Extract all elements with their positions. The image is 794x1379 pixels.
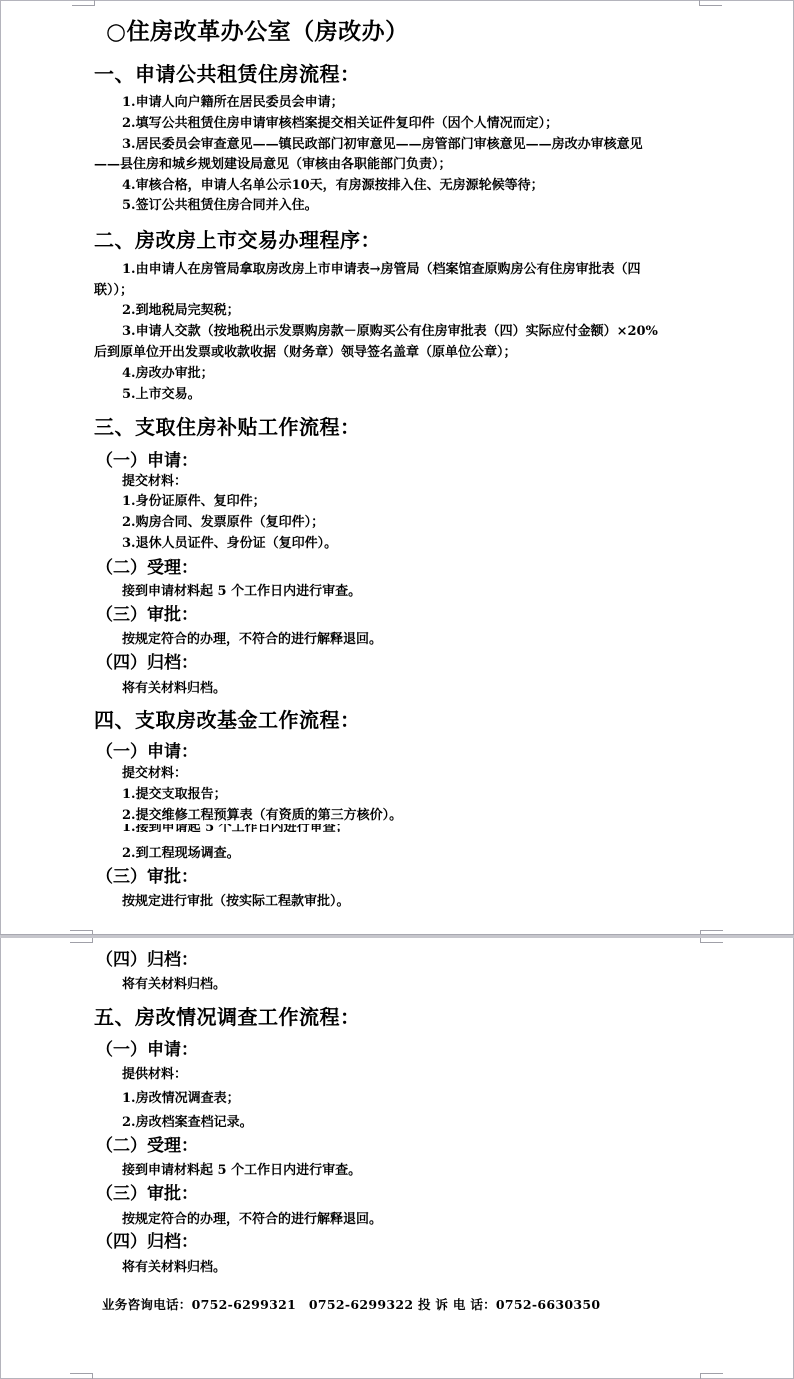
- section-3-step-4-line: 将有关材料归档。: [122, 677, 226, 696]
- section-1-line: 3.居民委员会审查意见——镇民政部门初审意见——房管部门审核意见——房改办审核意…: [122, 133, 643, 152]
- section-5-step-4-label: （四）归档：: [96, 1227, 198, 1252]
- section-3-step-1-line: 2.购房合同、发票原件（复印件）；: [122, 511, 324, 530]
- section-4-step-4-label: （四）归档：: [96, 945, 198, 970]
- section-3-step-4-label: （四）归档：: [96, 648, 198, 673]
- section-4-step-1-label: （一）申请：: [96, 737, 198, 762]
- section-5-step-1-line: 2.房改档案查档记录。: [122, 1111, 253, 1130]
- section-3-step-1-label: （一）申请：: [96, 446, 198, 471]
- section-3-step-2-label: （二）受理：: [96, 553, 198, 578]
- section-5-step-4-line: 将有关材料归档。: [122, 1256, 226, 1275]
- section-4-step-1-line: 提交材料：: [122, 762, 187, 781]
- section-1-line: 5.签订公共租赁住房合同并入住。: [122, 194, 318, 213]
- section-2-line: 1.由申请人在房管局拿取房改房上市申请表→房管局（档案馆查原购房公有住房审批表（…: [122, 258, 640, 277]
- section-3-heading: 三、支取住房补贴工作流程：: [94, 411, 361, 440]
- section-4-step-1-line: 1.提交支取报告；: [122, 783, 227, 802]
- section-2-line: 后到原单位开出发票或收款收据（财务章）领导签名盖章（原单位公章）；: [94, 341, 517, 360]
- section-2-line: 联））；: [94, 279, 133, 298]
- section-1-line: 1.申请人向户籍所在居民委员会申请；: [122, 91, 344, 110]
- section-2-line: 3.申请人交款（按地税出示发票购房款－原购买公有住房审批表（四）实际应付金额）×…: [122, 320, 658, 339]
- section-1-line: ——县住房和城乡规划建设局意见（审核由各职能部门负责）；: [94, 153, 452, 172]
- section-3-step-2-line: 接到申请材料起 5 个工作日内进行审查。: [122, 580, 361, 599]
- section-5-step-3-line: 按规定符合的办理，不符合的进行解释退回。: [122, 1208, 382, 1227]
- section-3-step-1-line: 3.退休人员证件、身份证（复印件）。: [122, 532, 337, 551]
- section-3-step-3-label: （三）审批：: [96, 600, 198, 625]
- section-3-step-3-line: 按规定符合的办理，不符合的进行解释退回。: [122, 628, 382, 647]
- section-4-step-1-line: 2.提交维修工程预算表（有资质的第三方核价）。: [122, 804, 402, 823]
- page-break: [0, 934, 794, 938]
- section-1-heading: 一、申请公共租赁住房流程：: [94, 58, 361, 87]
- section-2-line: 5.上市交易。: [122, 383, 201, 402]
- crop-mark-p2-top-right: [700, 938, 723, 943]
- section-3-step-1-line: 1.身份证原件、复印件；: [122, 490, 266, 509]
- crop-mark-top-right: [699, 0, 722, 6]
- section-4-step-3-label: （三）审批：: [96, 862, 198, 887]
- section-1-line: 2.填写公共租赁住房申请审核档案提交相关证件复印件（因个人情况而定）；: [122, 112, 558, 131]
- section-4-step-2-line: 2.到工程现场调查。: [122, 842, 240, 861]
- section-5-step-1-line: 1.房改情况调查表；: [122, 1087, 240, 1106]
- crop-mark-p2-top-left: [70, 938, 93, 943]
- crop-mark-bottom-left: [70, 1373, 93, 1379]
- contact-footer: 业务咨询电话：0752-6299321 0752-6299322 投 诉 电 话…: [102, 1295, 600, 1313]
- crop-mark-top-left: [72, 0, 95, 6]
- crop-mark-bottom-right: [700, 1373, 723, 1379]
- section-4-step-3-line: 按规定进行审批（按实际工程款审批）。: [122, 890, 350, 909]
- section-5-step-3-label: （三）审批：: [96, 1179, 198, 1204]
- document-page: [0, 0, 794, 1379]
- section-5-step-1-label: （一）申请：: [96, 1035, 198, 1060]
- section-1-line: 4.审核合格，申请人名单公示10天，有房源按排入住、无房源轮候等待；: [122, 174, 544, 193]
- section-4-step-2-clipped-text: 1.接到申请起 5 个工作日内进行审查；: [100, 824, 349, 832]
- section-5-step-1-line: 提供材料：: [122, 1063, 187, 1082]
- section-5-step-2-line: 接到申请材料起 5 个工作日内进行审查。: [122, 1159, 361, 1178]
- section-4-step-4-line: 将有关材料归档。: [122, 973, 226, 992]
- section-2-line: 4.房改办审批；: [122, 362, 214, 381]
- section-2-line: 2.到地税局完契税；: [122, 299, 240, 318]
- section-4-clipped-line: 1.接到申请起 5 个工作日内进行审查；: [100, 824, 430, 832]
- section-4-heading: 四、支取房改基金工作流程：: [94, 704, 361, 733]
- section-5-step-2-label: （二）受理：: [96, 1131, 198, 1156]
- section-2-heading: 二、房改房上市交易办理程序：: [94, 224, 381, 253]
- document-title: ○住房改革办公室（房改办）: [106, 13, 409, 46]
- section-5-heading: 五、房改情况调查工作流程：: [94, 1001, 361, 1030]
- section-3-step-1-line: 提交材料：: [122, 470, 187, 489]
